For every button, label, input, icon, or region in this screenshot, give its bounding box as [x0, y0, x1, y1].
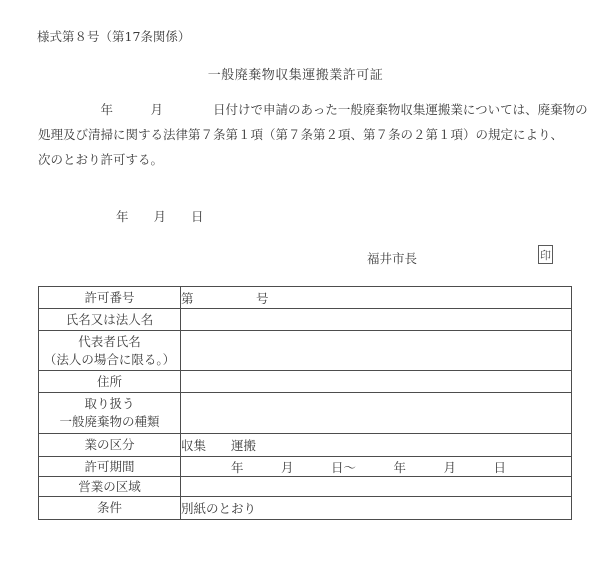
table-row: 氏名又は法人名 — [39, 309, 572, 331]
row-label: 氏名又は法人名 — [39, 309, 181, 331]
row-value: 収集 運搬 — [181, 434, 572, 457]
table-row: 許可期間 年 月 日～ 年 月 日 — [39, 457, 572, 477]
row-value: 年 月 日～ 年 月 日 — [181, 457, 572, 477]
table-row: 住所 — [39, 371, 572, 393]
issue-date-line: 年 月 日 — [116, 207, 204, 225]
issuer-name: 福井市長 — [367, 249, 417, 267]
row-label-line2: 一般廃棄物の種類 — [39, 413, 180, 431]
row-label: 許可番号 — [39, 287, 181, 309]
row-label-line1: 代表者氏名 — [39, 333, 180, 351]
row-label-line2: （法人の場合に限る。） — [39, 351, 180, 369]
table-row: 許可番号 第 号 — [39, 287, 572, 309]
row-label: 代表者氏名 （法人の場合に限る。） — [39, 331, 181, 371]
seal-mark: 印 — [538, 245, 553, 264]
table-row: 業の区分 収集 運搬 — [39, 434, 572, 457]
row-value: 第 号 — [181, 287, 572, 309]
table-row: 代表者氏名 （法人の場合に限る。） — [39, 331, 572, 371]
row-label: 住所 — [39, 371, 181, 393]
row-value: 別紙のとおり — [181, 497, 572, 520]
row-value — [181, 331, 572, 371]
row-value — [181, 309, 572, 331]
row-value — [181, 393, 572, 434]
body-line: 次のとおり許可する。 — [38, 147, 586, 172]
row-value — [181, 371, 572, 393]
row-label: 取り扱う 一般廃棄物の種類 — [39, 393, 181, 434]
row-label: 許可期間 — [39, 457, 181, 477]
form-number: 様式第８号（第17条関係） — [37, 27, 190, 45]
row-label: 業の区分 — [39, 434, 181, 457]
row-label: 営業の区域 — [39, 477, 181, 497]
table-row: 営業の区域 — [39, 477, 572, 497]
permit-document: 様式第８号（第17条関係） 一般廃棄物収集運搬業許可証 年 月 日付けで申請のあ… — [0, 0, 591, 562]
table-row: 取り扱う 一般廃棄物の種類 — [39, 393, 572, 434]
body-paragraph: 年 月 日付けで申請のあった一般廃棄物収集運搬業については、廃棄物の 処理及び清… — [38, 97, 586, 172]
row-label: 条件 — [39, 497, 181, 520]
row-value — [181, 477, 572, 497]
table-row: 条件 別紙のとおり — [39, 497, 572, 520]
permit-table: 許可番号 第 号 氏名又は法人名 代表者氏名 （法人の場合に限る。） 住所 — [38, 286, 572, 520]
body-line: 処理及び清掃に関する法律第７条第１項（第７条第２項、第７条の２第１項）の規定によ… — [38, 122, 586, 147]
row-label-line1: 取り扱う — [39, 395, 180, 413]
body-line: 年 月 日付けで申請のあった一般廃棄物収集運搬業については、廃棄物の — [38, 97, 586, 122]
document-title: 一般廃棄物収集運搬業許可証 — [0, 64, 591, 83]
